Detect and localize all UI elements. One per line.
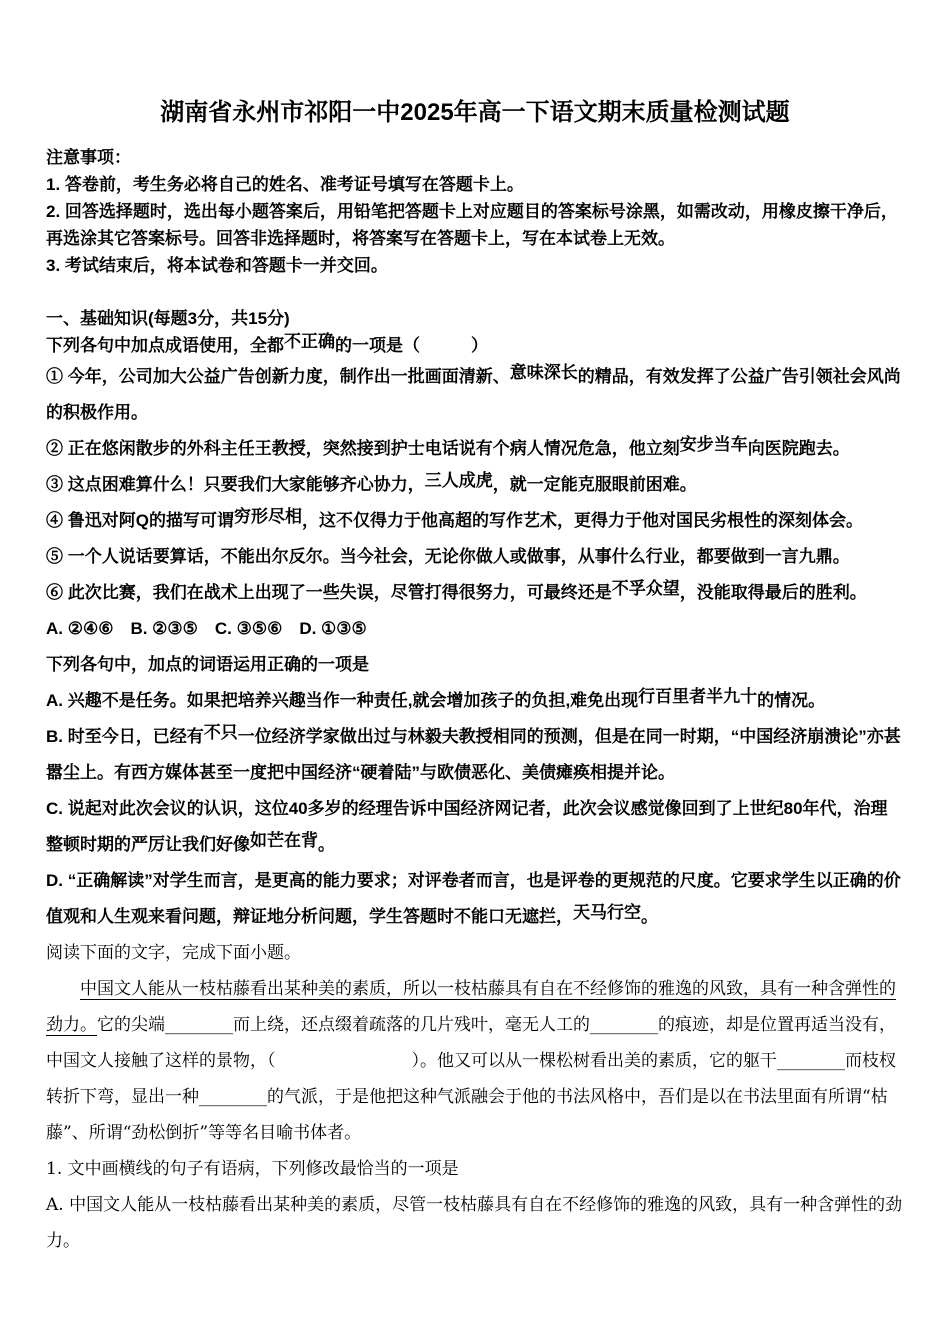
exam-paper-page: 湖南省永州市祁阳一中2025年高一下语文期末质量检测试题 注意事项： 1. 答卷… — [0, 0, 950, 1344]
words-option-a: A. 兴趣不是任务。如果把培养兴趣当作一种责任,就会增加孩子的负担,难免出现行百… — [46, 683, 904, 719]
idiom-item-3: ③ 这点困难算什么！只要我们大家能够齐心协力，三人成虎，就一定能克服眼前困难。 — [46, 467, 904, 503]
text-segment: 向医院跑去。 — [748, 439, 850, 458]
emphasized-word: 天马行空 — [573, 903, 641, 922]
text-segment: ⑥ 此次比赛，我们在战术上出现了一些失误，尽管打得很努力，可最终还是 — [46, 583, 612, 602]
reading-q1-option-a: A. 中国文人能从一枝枯藤看出某种美的素质，尽管一枝枯藤具有自在不经修饰的雅逸的… — [46, 1187, 904, 1259]
emphasized-word: 不孚众望 — [612, 579, 680, 598]
text-segment: ④ 鲁迅对阿Q的描写可谓 — [46, 511, 234, 530]
notice-section: 注意事项： 1. 答卷前，考生务必将自己的姓名、准考证号填写在答题卡上。 2. … — [46, 144, 904, 279]
basics-section-heading: 一、基础知识(每题3分，共15分) — [46, 305, 904, 332]
text-segment: 的一项是（ ） — [335, 336, 488, 355]
text-segment: ⑤ 一个人说话要算话，不能出尔反尔。当今社会，无论你做人或做事，从事什么行业，都… — [46, 547, 850, 566]
text-segment: ，没能取得最后的胜利。 — [680, 583, 867, 602]
text-segment: ① 今年，公司加大公益广告创新力度，制作出一批画面清新、 — [46, 367, 510, 386]
notice-item-1: 1. 答卷前，考生务必将自己的姓名、准考证号填写在答题卡上。 — [46, 171, 904, 198]
text-segment: C. 说起对此次会议的认识，这位40多岁的经理告诉中国经济网记者，此次会议感觉像… — [46, 799, 888, 854]
words-option-b: B. 时至今日，已经有不只一位经济学家做出过与林毅夫教授相同的预测，但是在同一时… — [46, 719, 904, 791]
emphasized-word: 不正确 — [284, 332, 335, 351]
idiom-item-4: ④ 鲁迅对阿Q的描写可谓穷形尽相，这不仅得力于他高超的写作艺术，更得力于他对国民… — [46, 503, 904, 539]
idiom-answer-options: A. ②④⑥ B. ②③⑤ C. ③⑤⑥ D. ①③⑤ — [46, 611, 904, 647]
emphasized-word: 意味深长 — [510, 363, 578, 382]
emphasized-word: 三人成虎 — [425, 471, 493, 490]
idiom-item-1: ① 今年，公司加大公益广告创新力度，制作出一批画面清新、意味深长的精品，有效发挥… — [46, 359, 904, 431]
text-segment: ③ 这点困难算什么！只要我们大家能够齐心协力， — [46, 475, 425, 494]
notice-item-3: 3. 考试结束后，将本试卷和答题卡一并交回。 — [46, 252, 904, 279]
reading-section: 阅读下面的文字，完成下面小题。 中国文人能从一枝枯藤看出某种美的素质，所以一枝枯… — [46, 935, 904, 1259]
text-segment: B. 时至今日，已经有 — [46, 727, 204, 746]
idiom-item-2: ② 正在悠闲散步的外科主任王教授，突然接到护士电话说有个病人情况危急，他立刻安步… — [46, 431, 904, 467]
text-segment: 的情况。 — [757, 691, 825, 710]
notice-item-2: 2. 回答选择题时，选出每小题答案后，用铅笔把答题卡上对应题目的答案标号涂黑，如… — [46, 198, 904, 252]
emphasized-word: 安步当车 — [680, 435, 748, 454]
words-option-c: C. 说起对此次会议的认识，这位40多岁的经理告诉中国经济网记者，此次会议感觉像… — [46, 791, 904, 863]
page-title: 湖南省永州市祁阳一中2025年高一下语文期末质量检测试题 — [46, 98, 904, 128]
text-segment: ，就一定能克服眼前困难。 — [493, 475, 697, 494]
emphasized-word: 如芒在背 — [250, 831, 318, 850]
idiom-item-6: ⑥ 此次比赛，我们在战术上出现了一些失误，尽管打得很努力，可最终还是不孚众望，没… — [46, 575, 904, 611]
emphasized-word: 不只 — [204, 723, 238, 742]
reading-intro: 阅读下面的文字，完成下面小题。 — [46, 935, 904, 971]
text-segment: 下列各句中加点成语使用，全都 — [46, 336, 284, 355]
words-option-d: D. “正确解读”对学生而言，是更高的能力要求；对评卷者而言，也是评卷的更规范的… — [46, 863, 904, 935]
notice-heading: 注意事项： — [46, 144, 904, 171]
text-segment: 。 — [318, 835, 335, 854]
basics-section: 一、基础知识(每题3分，共15分) 下列各句中加点成语使用，全都不正确的一项是（… — [46, 305, 904, 935]
text-segment: ，这不仅得力于他高超的写作艺术，更得力于他对国民劣根性的深刻体会。 — [302, 511, 863, 530]
reading-q1-stem: 1. 文中画横线的句子有语病，下列修改最恰当的一项是 — [46, 1151, 904, 1187]
text-segment: D. “正确解读”对学生而言，是更高的能力要求；对评卷者而言，也是评卷的更规范的… — [46, 871, 901, 926]
text-segment: ② 正在悠闲散步的外科主任王教授，突然接到护士电话说有个病人情况危急，他立刻 — [46, 439, 680, 458]
emphasized-word: 行百里者半九十 — [638, 687, 757, 706]
text-segment: A. 兴趣不是任务。如果把培养兴趣当作一种责任,就会增加孩子的负担,难免出现 — [46, 691, 638, 710]
words-question-stem: 下列各句中，加点的词语运用正确的一项是 — [46, 647, 904, 683]
text-segment: 。 — [641, 907, 658, 926]
reading-passage: 中国文人能从一枝枯藤看出某种美的素质，所以一枝枯藤具有自在不经修饰的雅逸的风致，… — [46, 971, 904, 1151]
text-segment: 它的尖端________而上绕，还点缀着疏落的几片残叶，毫无人工的_______… — [46, 1015, 896, 1143]
idiom-item-5: ⑤ 一个人说话要算话，不能出尔反尔。当今社会，无论你做人或做事，从事什么行业，都… — [46, 539, 904, 575]
idiom-question-stem: 下列各句中加点成语使用，全都不正确的一项是（ ） — [46, 332, 904, 359]
emphasized-word: 穷形尽相 — [234, 507, 302, 526]
